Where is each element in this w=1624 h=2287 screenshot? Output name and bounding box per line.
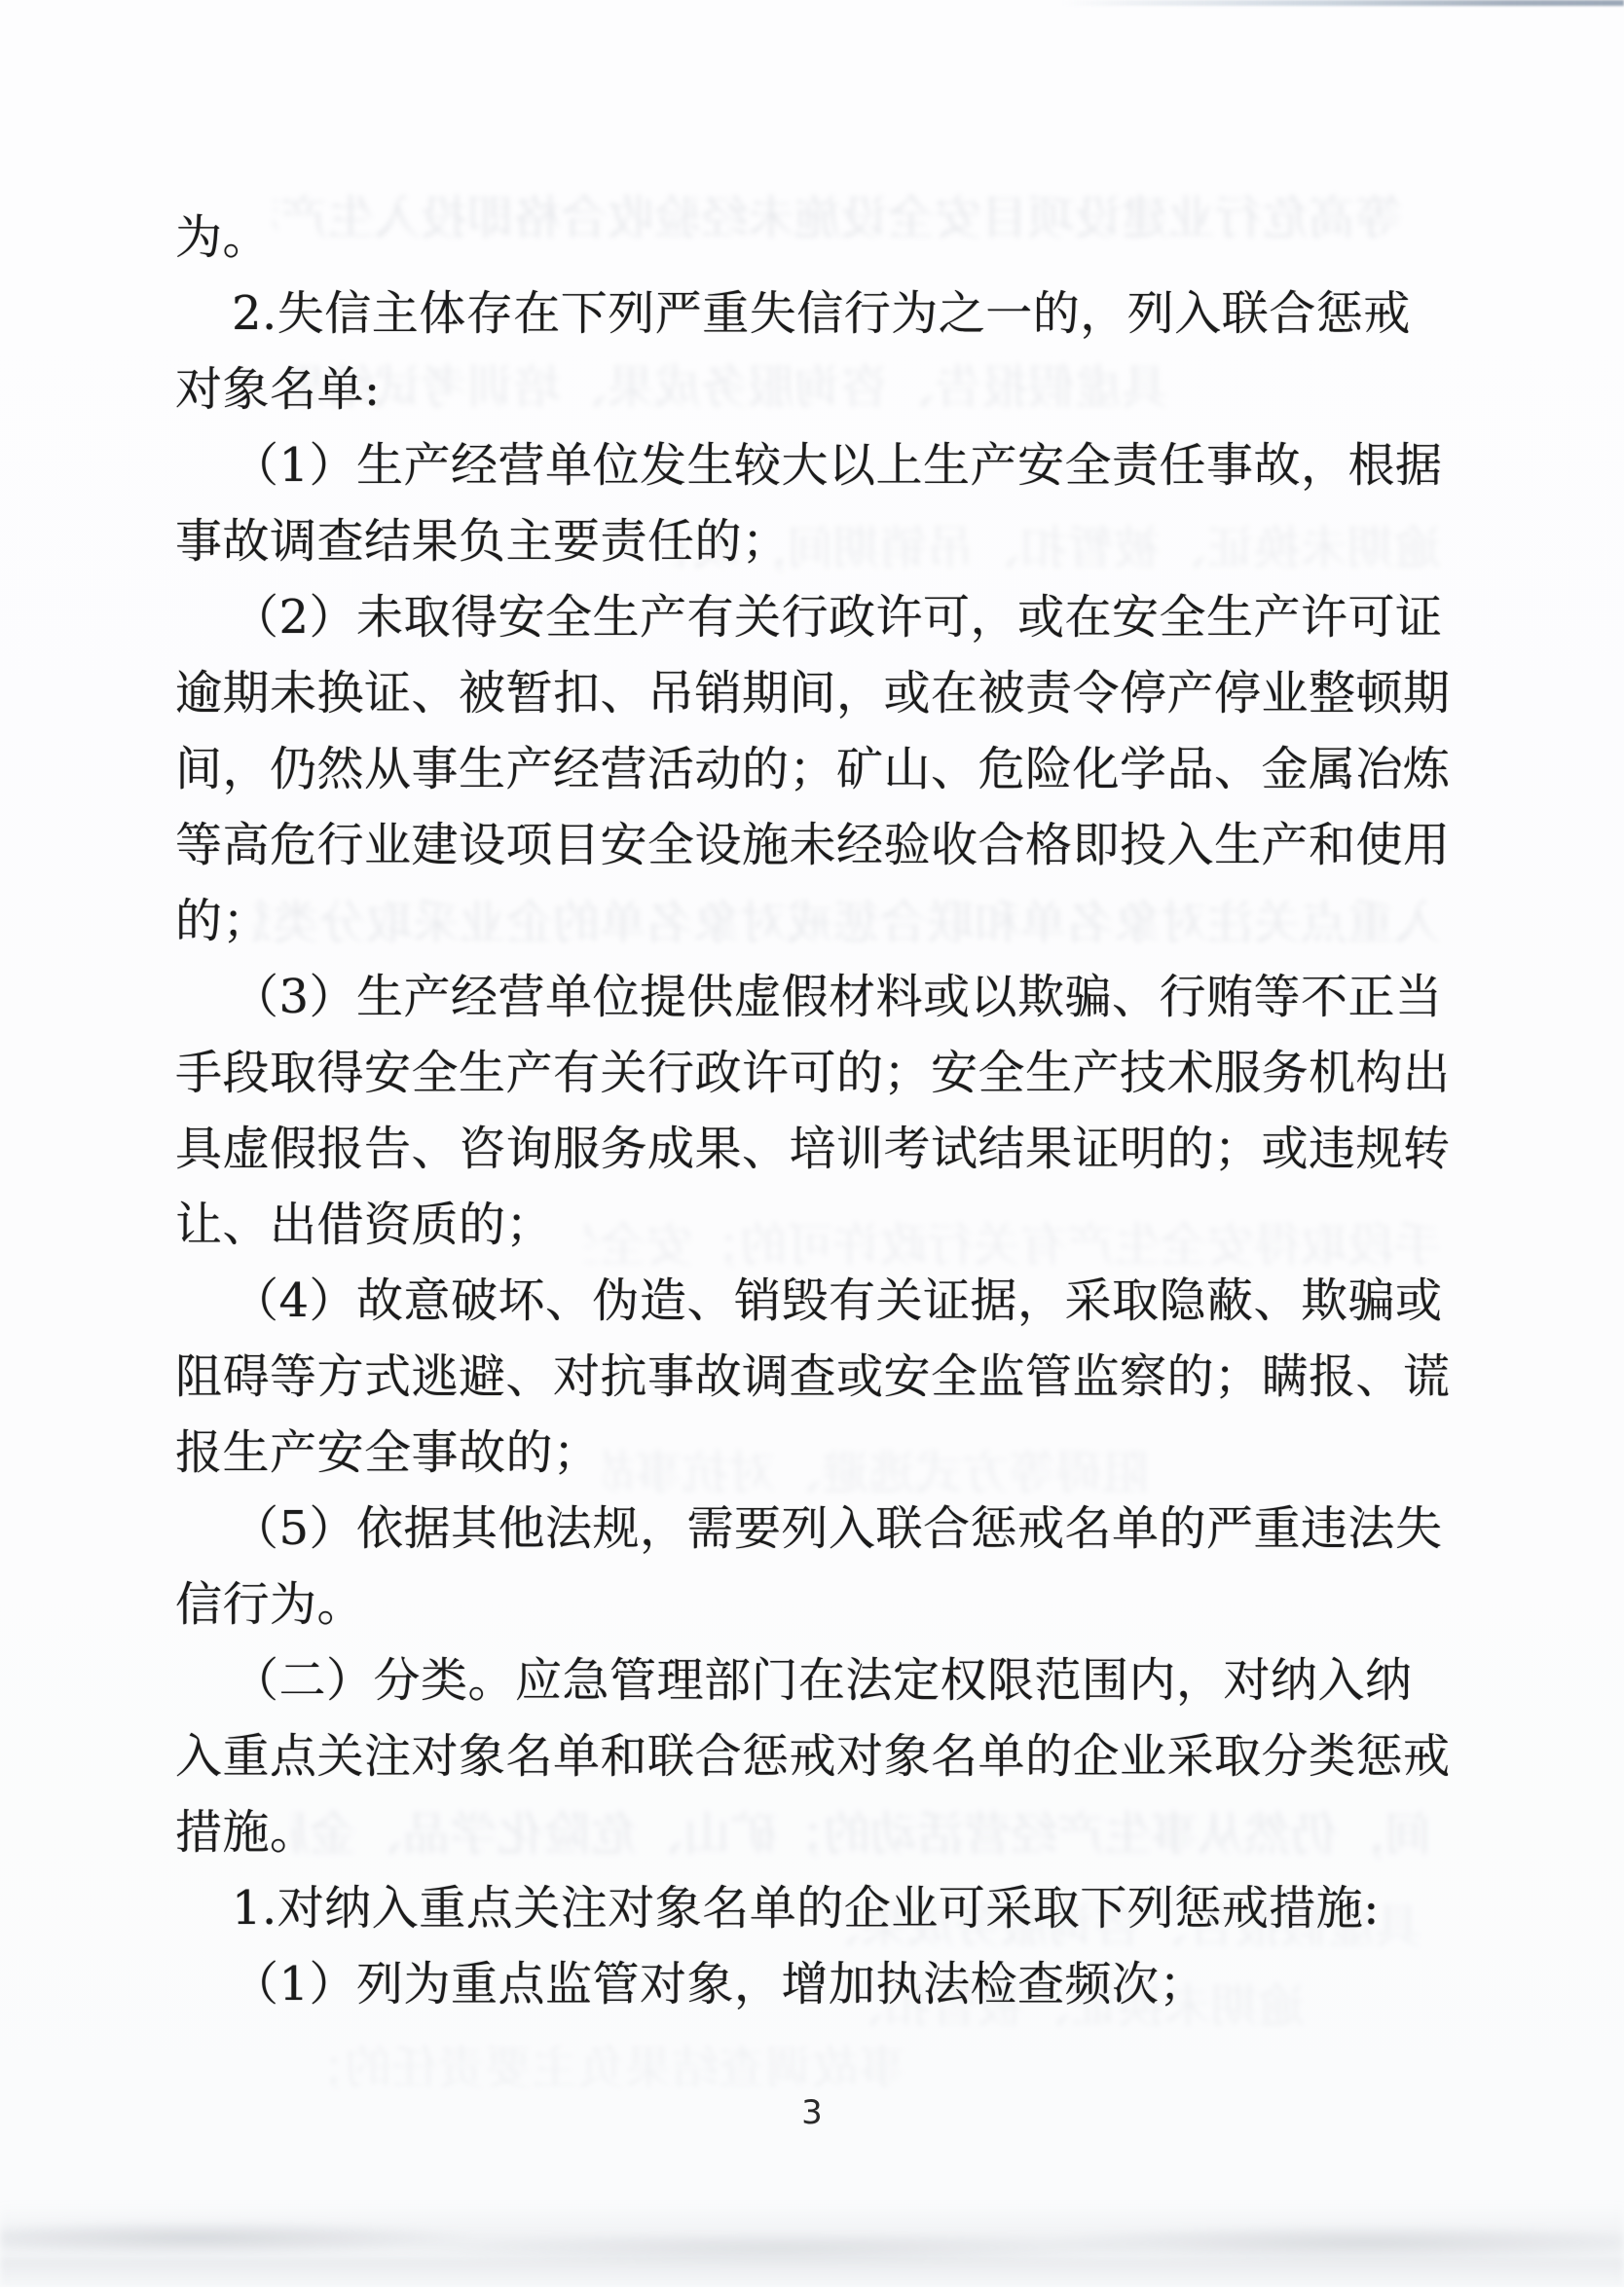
- document-body: 为。 2.失信主体存在下列严重失信行为之一的，列入联合惩戒 对象名单: （1）生…: [175, 200, 1460, 2022]
- text-line: 让、出借资质的；: [175, 1187, 1460, 1263]
- text-line: 手段取得安全生产有关行政许可的；安全生产技术服务机构出: [175, 1035, 1460, 1111]
- text-line: （3）生产经营单位提供虚假材料或以欺骗、行贿等不正当: [175, 959, 1460, 1035]
- text-line: 对象名单:: [175, 351, 1460, 427]
- text-line: （1）生产经营单位发生较大以上生产安全责任事故，根据: [175, 427, 1460, 503]
- text-line: （1）列为重点监管对象，增加执法检查频次；: [175, 1946, 1460, 2022]
- text-line: 等高危行业建设项目安全设施未经验收合格即投入生产和使用: [175, 807, 1460, 883]
- text-line: （5）依据其他法规，需要列入联合惩戒名单的严重违法失: [175, 1491, 1460, 1567]
- text-line: 报生产安全事故的；: [175, 1415, 1460, 1491]
- scan-edge-streak: [1061, 0, 1624, 6]
- text-line: 措施。: [175, 1794, 1460, 1870]
- bleedthrough-ghost-text: 事故调查结果负主要责任的；: [224, 2043, 905, 2093]
- text-line: 事故调查结果负主要责任的；: [175, 503, 1460, 579]
- text-line: （4）故意破坏、伪造、销毁有关证据，采取隐蔽、欺骗或: [175, 1263, 1460, 1339]
- text-line: 2.失信主体存在下列严重失信行为之一的，列入联合惩戒: [175, 276, 1460, 351]
- text-line: 1.对纳入重点关注对象名单的企业可采取下列惩戒措施:: [175, 1870, 1460, 1946]
- text-line: （二）分类。应急管理部门在法定权限范围内，对纳入纳: [175, 1642, 1460, 1718]
- text-line: 入重点关注对象名单和联合惩戒对象名单的企业采取分类惩戒: [175, 1718, 1460, 1794]
- text-line: 具虚假报告、咨询服务成果、培训考试结果证明的；或违规转: [175, 1111, 1460, 1187]
- scanned-document-page: 等高危行业建设项目安全设施未经验收合格即投入生产和使用 具虚假报告、咨询服务成果…: [0, 0, 1624, 2287]
- scan-shadow: [0, 2202, 1624, 2287]
- page-number: 3: [0, 2093, 1624, 2132]
- scan-shadow: [0, 2259, 1624, 2287]
- text-line: 逾期未换证、被暂扣、吊销期间，或在被责令停产停业整顿期: [175, 655, 1460, 731]
- text-line: 为。: [175, 200, 1460, 276]
- text-line: （2）未取得安全生产有关行政许可，或在安全生产许可证: [175, 579, 1460, 655]
- text-line: 阻碍等方式逃避、对抗事故调查或安全监管监察的；瞒报、谎: [175, 1339, 1460, 1415]
- text-line: 的；: [175, 883, 1460, 959]
- text-line: 信行为。: [175, 1567, 1460, 1642]
- text-line: 间，仍然从事生产经营活动的；矿山、危险化学品、金属冶炼: [175, 731, 1460, 807]
